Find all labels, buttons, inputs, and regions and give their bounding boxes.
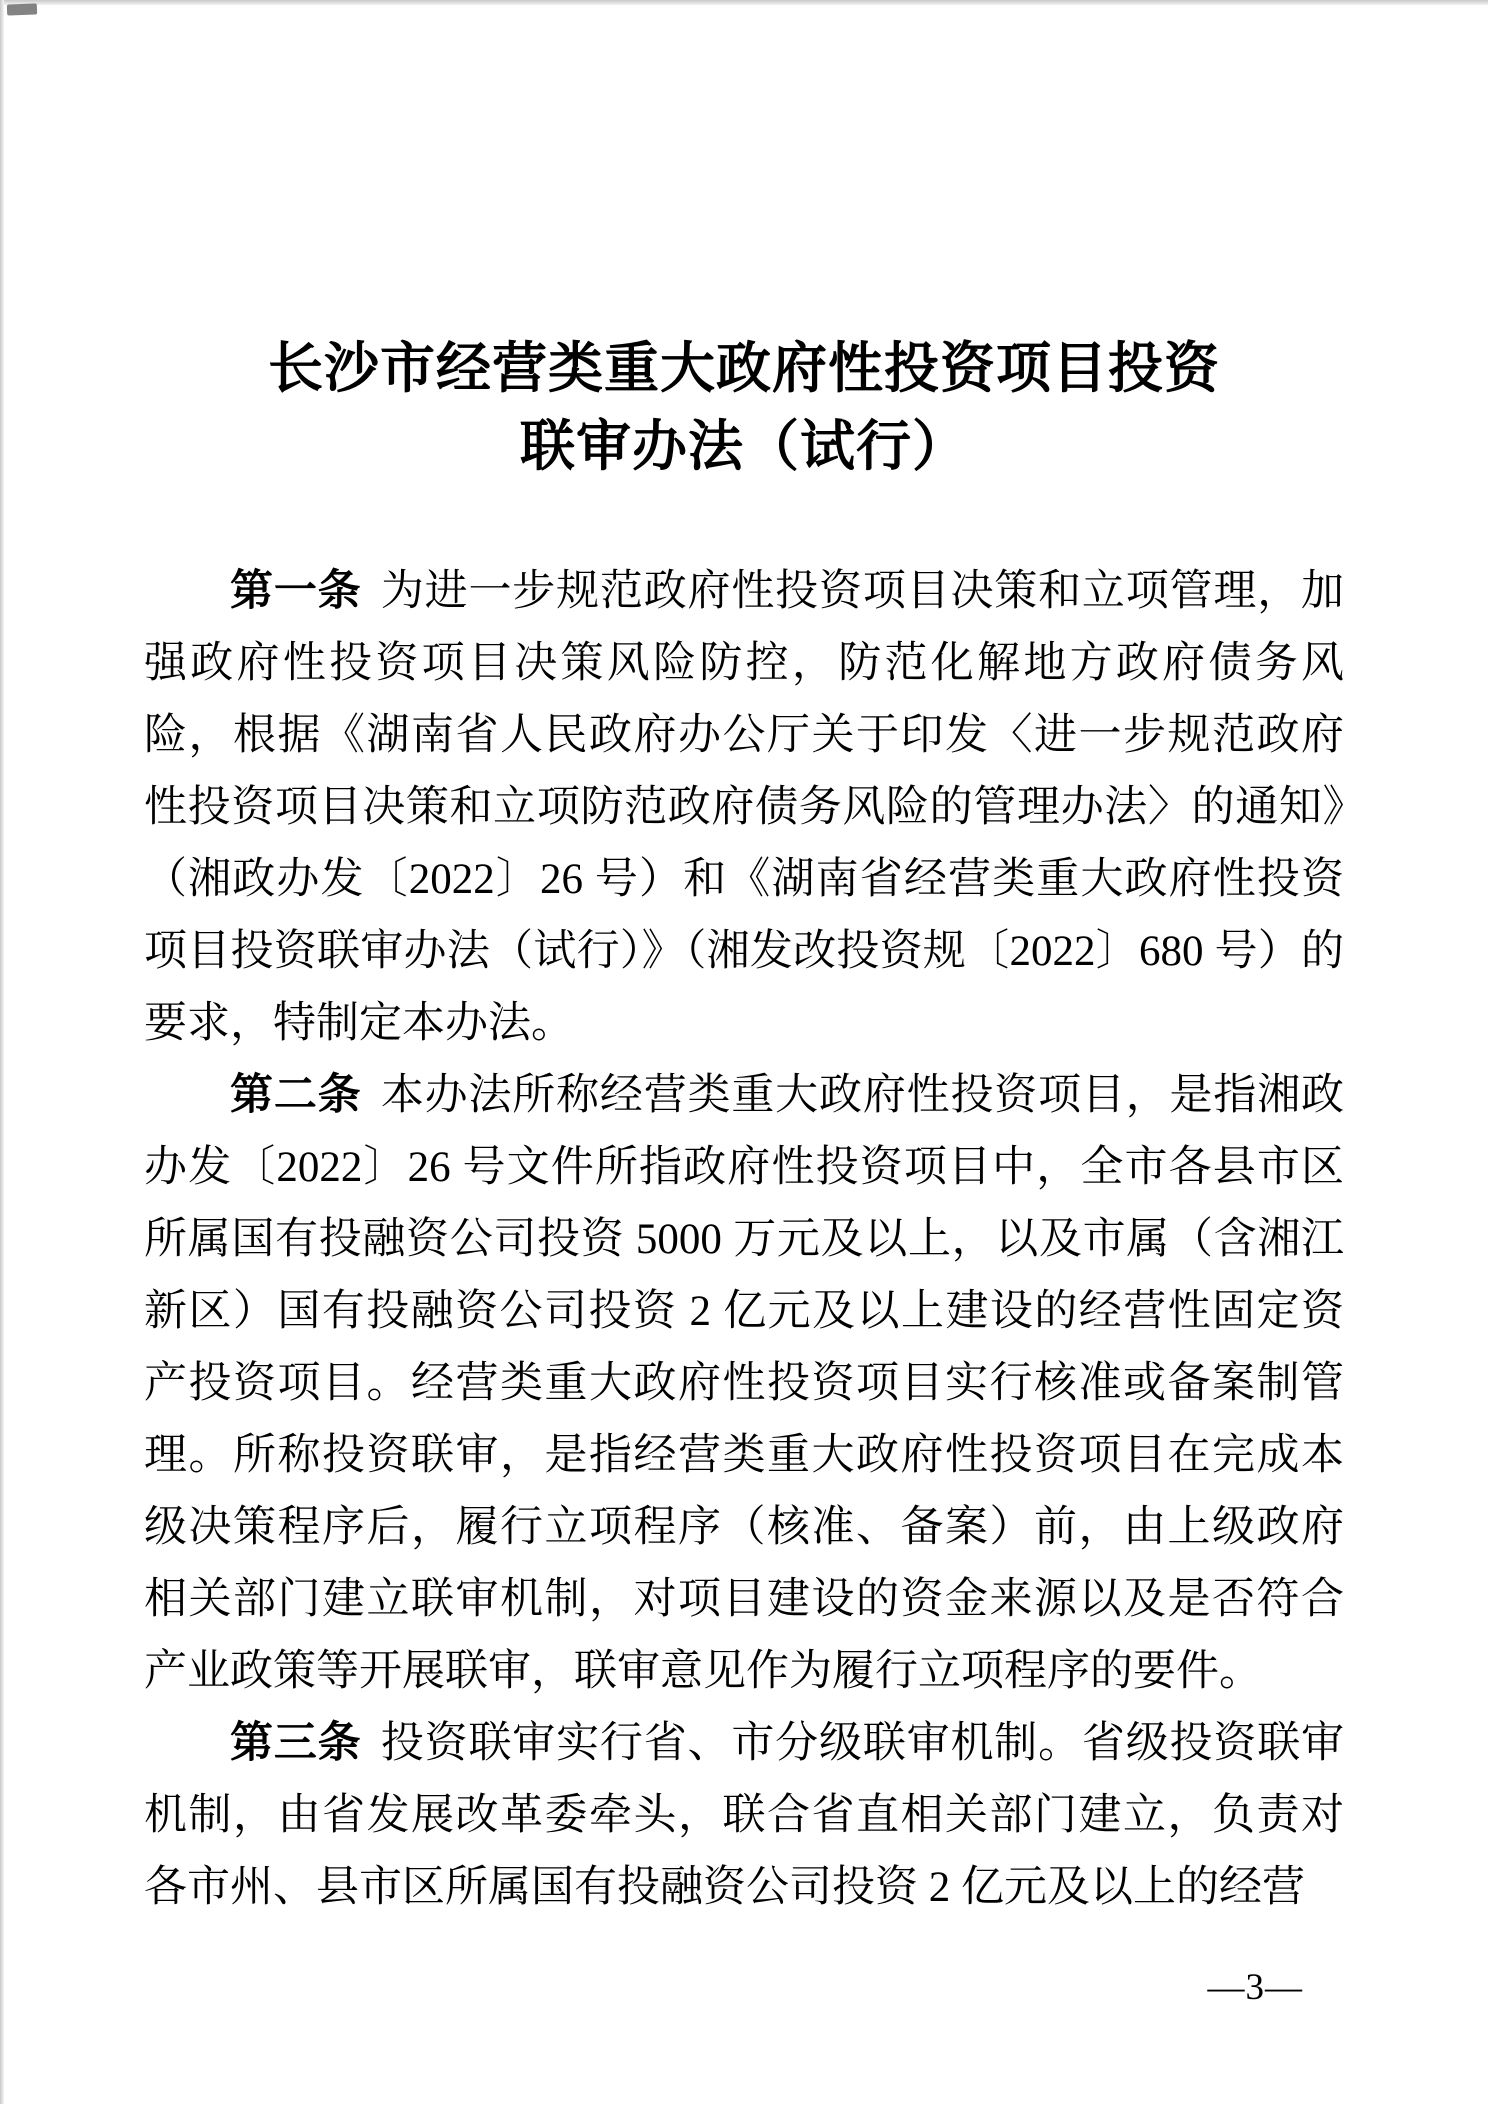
document-title: 长沙市经营类重大政府性投资项目投资 联审办法（试行） [144, 330, 1344, 486]
article-2-label: 第二条 [230, 1072, 361, 1119]
document-title-line-2: 联审办法（试行） [144, 408, 1344, 486]
scan-artifact-top-edge [0, 0, 1488, 5]
article-3-label: 第三条 [230, 1720, 361, 1767]
scan-artifact-left-edge [0, 0, 4, 2104]
article-3: 第三条投资联审实行省、市分级联审机制。省级投资联审机制，由省发展改革委牵头，联合… [144, 1708, 1344, 1924]
article-1-text: 为进一步规范政府性投资项目决策和立项管理，加强政府性投资项目决策风险防控，防范化… [144, 568, 1344, 1047]
article-1: 第一条为进一步规范政府性投资项目决策和立项管理，加强政府性投资项目决策风险防控，… [144, 556, 1344, 1060]
scan-artifact-corner-mark [7, 3, 37, 15]
document-page: { "document": { "title_line1": "长沙市经营类重大… [0, 0, 1488, 2104]
article-2-text: 本办法所称经营类重大政府性投资项目，是指湘政办发〔2022〕26 号文件所指政府… [144, 1072, 1344, 1695]
article-1-label: 第一条 [230, 568, 361, 615]
document-body: 第一条为进一步规范政府性投资项目决策和立项管理，加强政府性投资项目决策风险防控，… [144, 556, 1344, 1924]
document-title-line-1: 长沙市经营类重大政府性投资项目投资 [144, 330, 1344, 408]
page-number: —3— [1208, 1966, 1304, 2010]
article-2: 第二条本办法所称经营类重大政府性投资项目，是指湘政办发〔2022〕26 号文件所… [144, 1060, 1344, 1708]
